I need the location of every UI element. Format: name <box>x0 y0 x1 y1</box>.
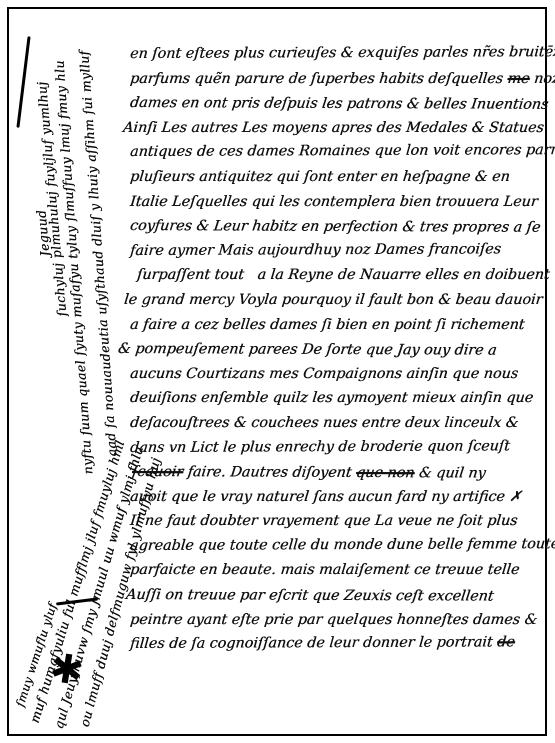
manuscript-line: ſurpaſſent tout a la Reyne de Nauarre el… <box>136 263 547 288</box>
manuscript-line: filles de ſa cognoiſſance de leur donner… <box>129 630 546 656</box>
handwritten-text: aucuns Courtizans mes Compaignons ainſin… <box>129 366 519 382</box>
manuscript-line: Auſſi on treuue par eſcrit que Zeuxis ce… <box>124 583 546 609</box>
handwritten-text: en ſont eſtees plus curieuſes & exquiſes… <box>129 44 555 62</box>
handwritten-text: le grand mercy Voyla pourquoy il fault b… <box>123 292 543 308</box>
handwritten-text: filles de ſa cognoiſſance de leur donner… <box>129 635 497 653</box>
handwritten-text: parfums quẽn parure de ſuperbes habits d… <box>129 71 508 87</box>
manuscript-line: le grand mercy Voyla pourquoy il fault b… <box>123 288 547 313</box>
handwritten-text: coyfures & Leur habitz en perfection & t… <box>129 218 541 236</box>
handwritten-text: dans vn Lict le plus enrechy de broderie… <box>129 438 510 456</box>
handwritten-text: Il ne faut doubter vrayement que La veue… <box>129 513 518 529</box>
manuscript-line: pluſieurs antiquitez qui ſont enter en h… <box>129 165 547 190</box>
manuscript-line: agreable que toute celle du monde dune b… <box>129 532 546 558</box>
handwritten-text: & quil ny <box>413 465 486 481</box>
manuscript-line: & pompeuſement parees De ſorte que Jay o… <box>116 337 546 363</box>
manuscript-line: faire aymer Mais aujourdhuy noz Dames fr… <box>129 237 546 263</box>
struck-text: me <box>507 71 531 87</box>
ink-stroke-mark <box>16 36 30 128</box>
handwritten-text: noz <box>529 71 555 87</box>
manuscript-line: aucuns Courtizans mes Compaignons ainſin… <box>129 362 547 387</box>
manuscript-line: ſcauoir faire. Dautres diſoyent que non … <box>130 460 546 486</box>
handwritten-text: pluſieurs antiquitez qui ſont enter en h… <box>129 169 510 185</box>
manuscript-text: en ſont eſtees plus curieuſes & exquiſes… <box>130 42 545 657</box>
handwritten-text: faire. Dautres diſoyent <box>182 464 357 481</box>
handwritten-text: faire aymer Mais aujourdhuy noz Dames fr… <box>129 241 501 259</box>
manuscript-line: parfaicte en beaute. mais malaiſement ce… <box>129 558 547 583</box>
manuscript-line: a faire a cez belles dames ſi bien en po… <box>129 313 547 338</box>
handwritten-text: parfaicte en beaute. mais malaiſement ce… <box>129 562 520 578</box>
manuscript-line: Ainſi Les autres Les moyens apres des Me… <box>122 116 547 141</box>
handwritten-text: auoit que le vray naturel ſans aucun far… <box>129 489 510 505</box>
manuscript-line: deuiſions enſemble quilz les aymoyent mi… <box>129 386 547 411</box>
handwritten-text: deuiſions enſemble quilz les aymoyent mi… <box>129 390 534 406</box>
marginalia-line: Jeguud <box>34 209 51 257</box>
manuscript-line: dans vn Lict le plus enrechy de broderie… <box>129 434 546 460</box>
handwritten-text: Auſſi on treuue par eſcrit que Zeuxis ce… <box>125 587 494 605</box>
manuscript-page: ✱ aad ſa nouuaudeutia uſyſthaud dluiſ y … <box>0 0 555 743</box>
handwritten-text: ✗ <box>509 489 523 505</box>
handwritten-text: ſurpaſſent tout a la Reyne de Nauarre el… <box>136 267 550 283</box>
struck-text: de <box>496 635 515 651</box>
manuscript-line: deſacouſtrees & couchees nues entre deux… <box>129 411 547 436</box>
handwritten-text: agreable que toute celle du monde dune b… <box>129 536 555 554</box>
manuscript-line: parfums quẽn parure de ſuperbes habits d… <box>129 67 547 92</box>
manuscript-line: dames en ont pris deſpuis les patrons & … <box>128 91 546 117</box>
handwritten-text: antiques de ces dames Romaines que lon v… <box>129 142 555 160</box>
manuscript-line: auoit que le vray naturel ſans aucun far… <box>129 485 547 510</box>
struck-text: que non <box>355 465 415 481</box>
handwritten-text: peintre ayant eſte prie par quelques hon… <box>129 612 538 628</box>
manuscript-line: antiques de ces dames Romaines que lon v… <box>129 139 546 165</box>
manuscript-line: peintre ayant eſte prie par quelques hon… <box>129 608 547 633</box>
handwritten-text: a faire a cez belles dames ſi bien en po… <box>129 317 525 333</box>
manuscript-line: Italie Leſquelles qui les contemplera bi… <box>129 190 547 215</box>
handwritten-text: & pompeuſement parees De ſorte que Jay o… <box>117 341 498 359</box>
handwritten-text: Italie Leſquelles qui les contemplera bi… <box>129 194 538 210</box>
manuscript-line: Il ne faut doubter vrayement que La veue… <box>129 509 547 534</box>
handwritten-text: dames en ont pris deſpuis les patrons & … <box>129 95 549 113</box>
handwritten-text: deſacouſtrees & couchees nues entre deux… <box>129 415 519 431</box>
struck-text: ſcauoir <box>131 464 184 480</box>
handwritten-text: Ainſi Les autres Les moyens apres des Me… <box>122 120 544 136</box>
manuscript-line: en ſont eſtees plus curieuſes & exquiſes… <box>129 40 546 66</box>
